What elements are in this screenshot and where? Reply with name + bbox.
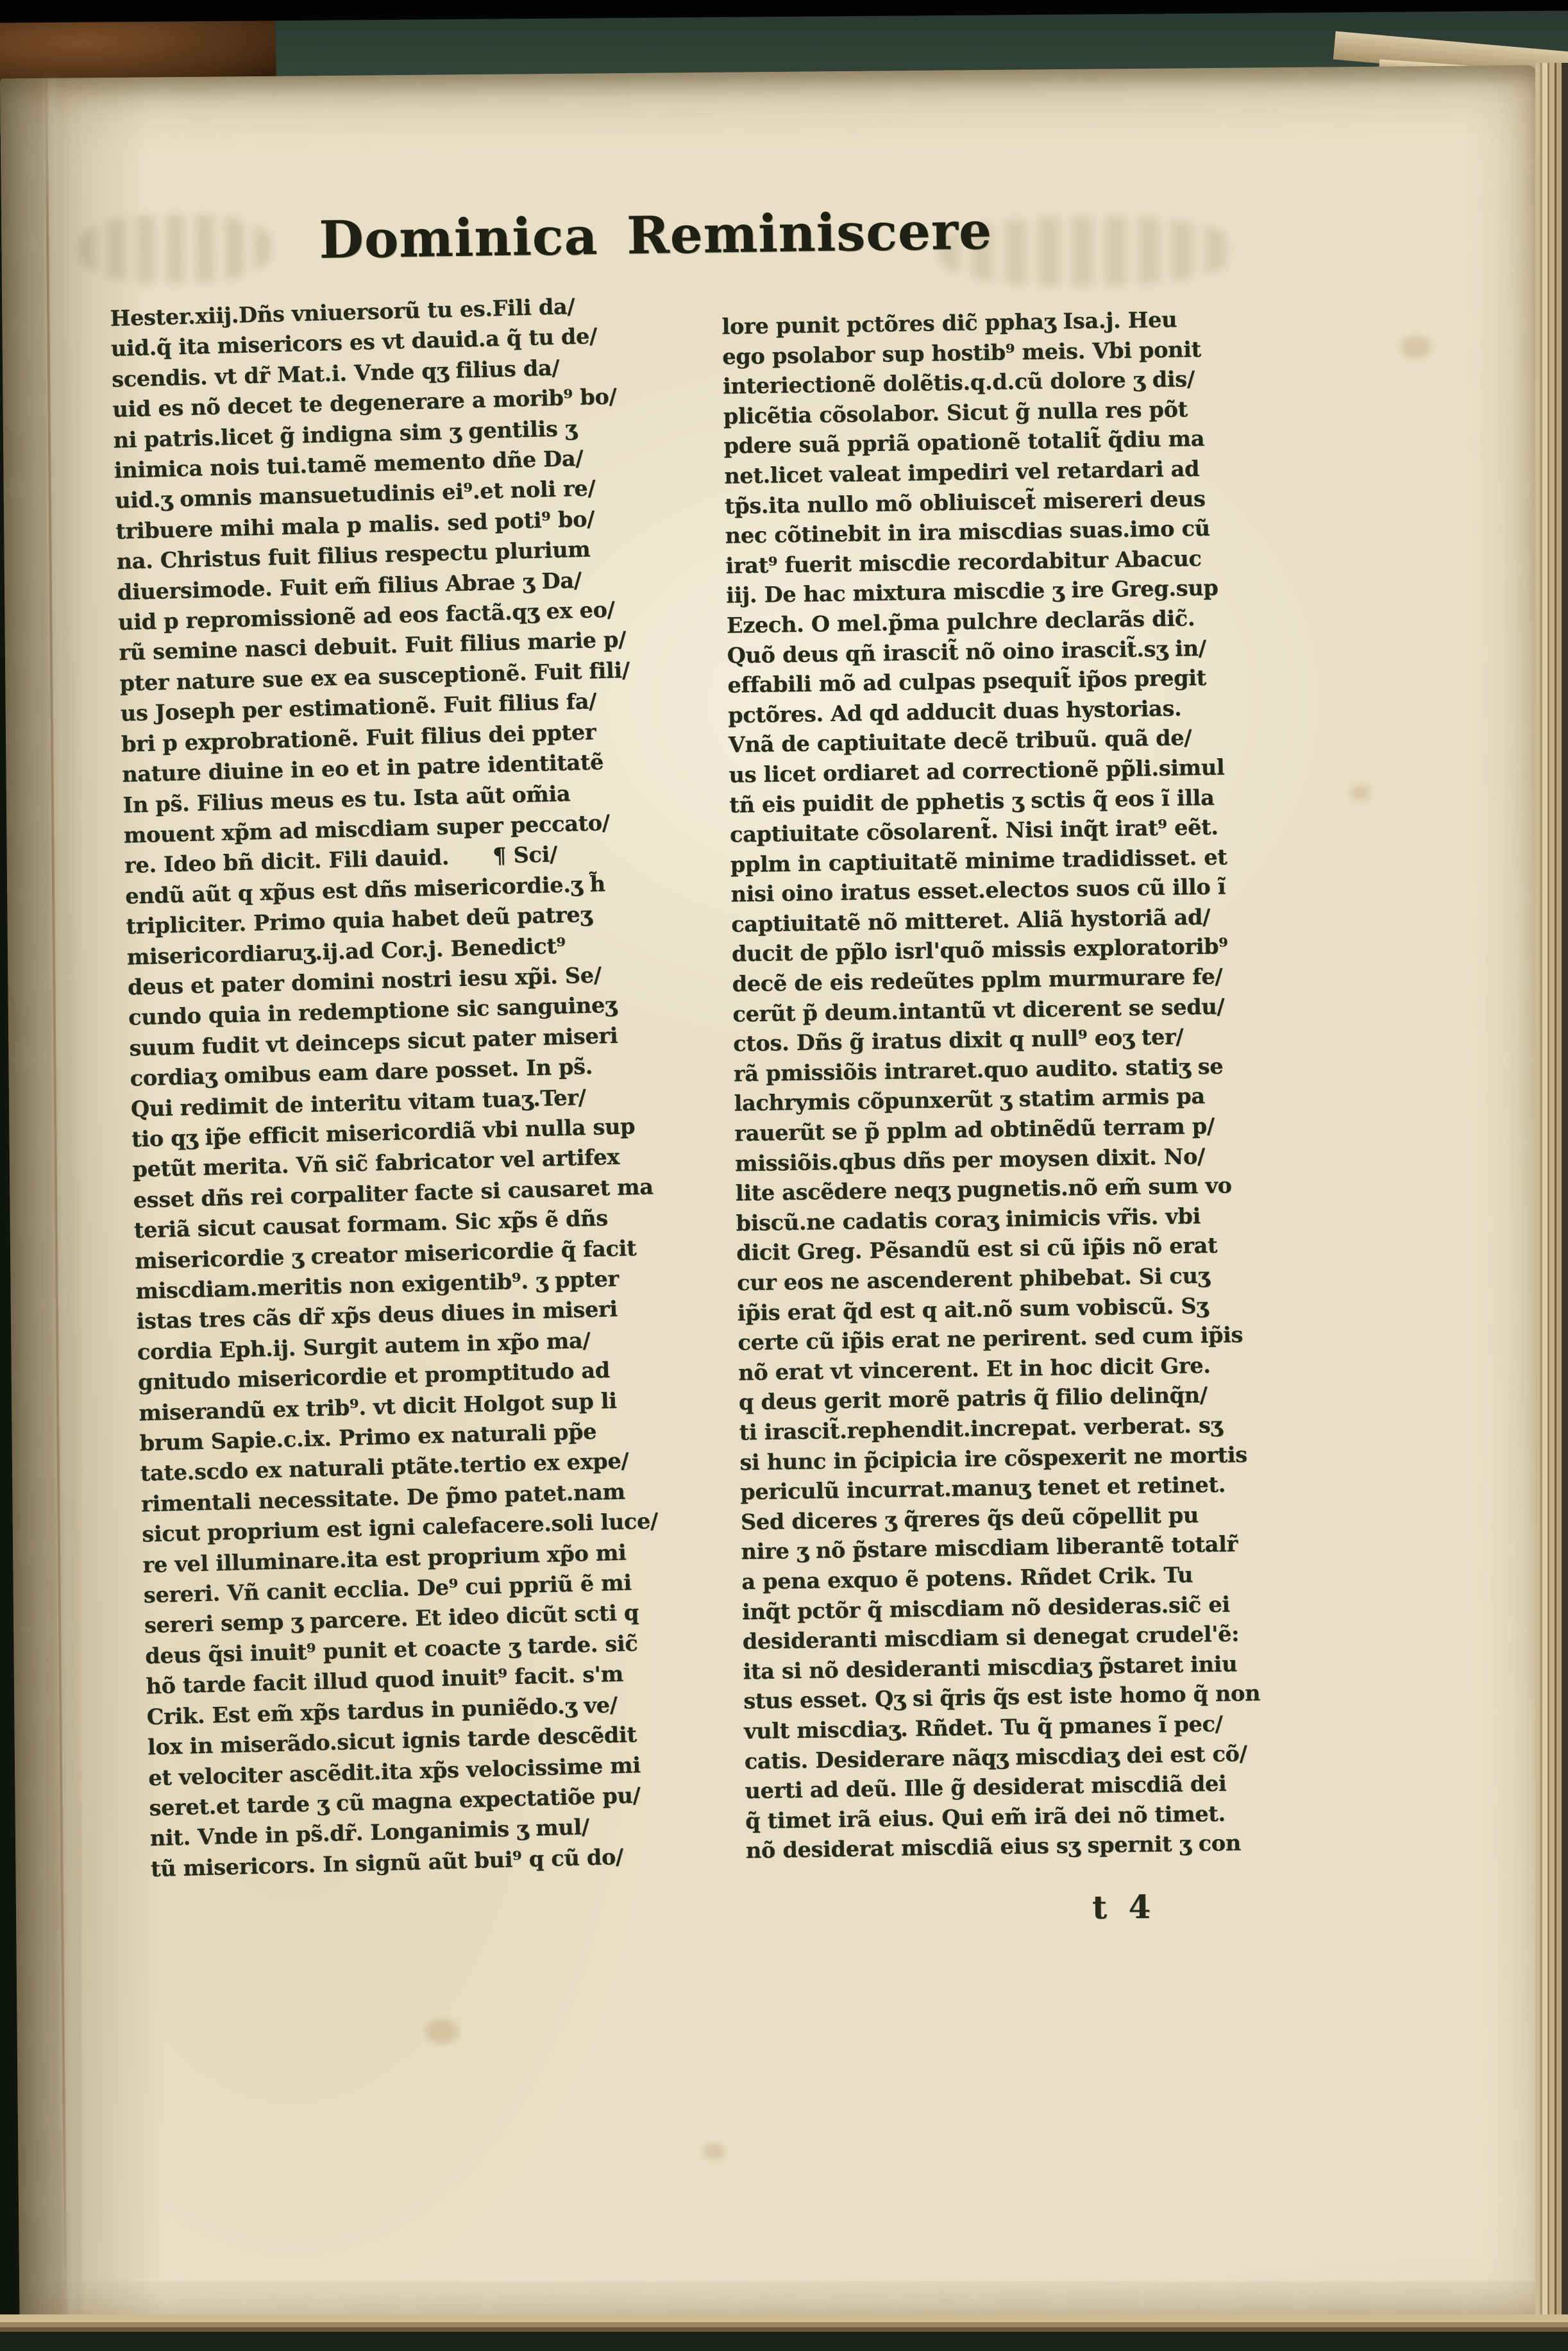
foxing-stain [703,2143,725,2160]
text-column-right: lore punit pctõres dic̃ pphaʒ Isa.j. Heu… [721,304,1263,1866]
book-scan: Dominica Reminiscere Hester.xiij.Dñs vni… [0,0,1568,2351]
foxing-stain [1401,335,1431,359]
foxing-stain [1351,785,1370,801]
foxing-stain [425,2018,458,2044]
book-page: Dominica Reminiscere Hester.xiij.Dñs vni… [0,65,1558,2332]
bottom-page-edges [0,2314,1568,2351]
ink-showthrough [78,214,271,285]
page-heading: Dominica Reminiscere [277,199,1034,270]
fore-edge-pages [1535,63,1568,2325]
quire-signature: t 4 [1092,1888,1156,1926]
text-column-left: Hester.xiij.Dñs vniuersorũ tu es.Fili da… [110,290,671,1885]
